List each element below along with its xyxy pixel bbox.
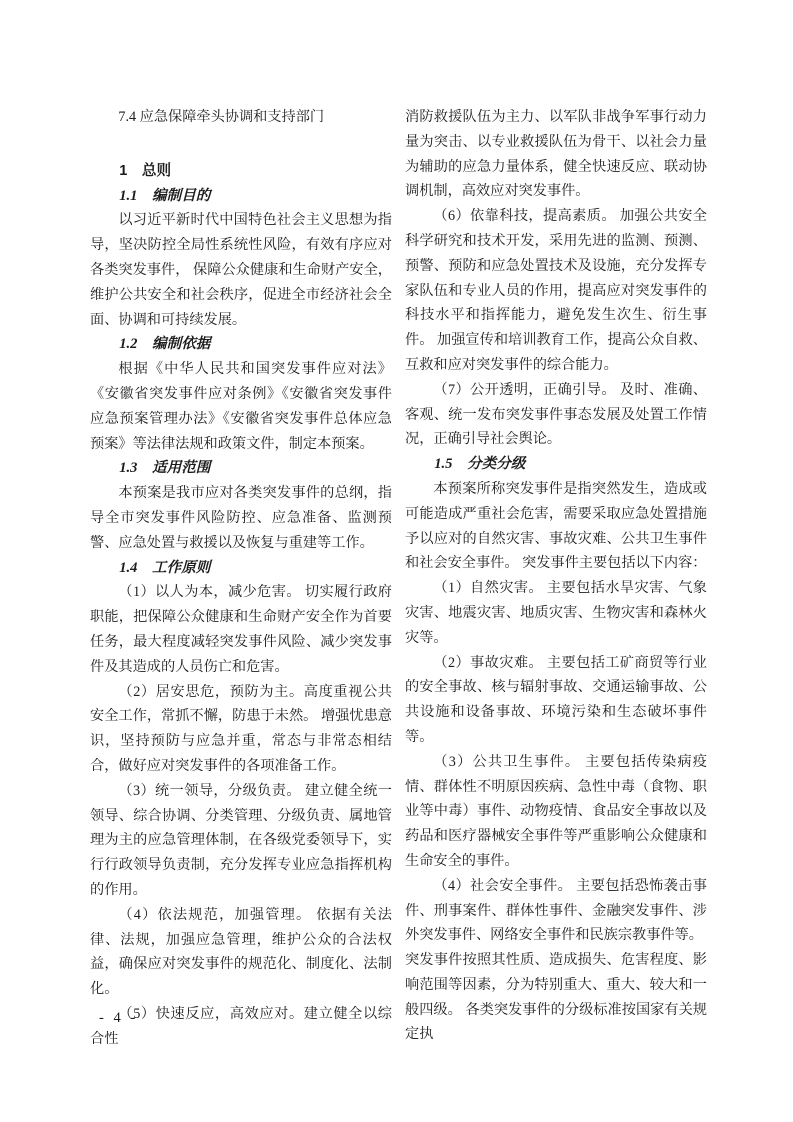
subsection-heading: 1.3 适用范围 bbox=[90, 456, 392, 481]
subsection-heading: 1.4 工作原则 bbox=[90, 556, 392, 581]
paragraph: （4）社会安全事件。 主要包括恐怖袭击事件、刑事案件、群体性事件、金融突发事件、… bbox=[405, 874, 707, 948]
paragraph: 本预案所称突发事件是指突然发生，造成或可能造成严重社会危害，需要采取应急处置措施… bbox=[405, 477, 707, 576]
paragraph: （7）公开透明，正确引导。 及时、准确、客观、统一发布突发事件事态发展及处置工作… bbox=[405, 378, 707, 452]
spacer bbox=[90, 130, 392, 159]
paragraph-continuation: 突发事件按照其性质、造成损失、危害程度、影响范围等因素，分为特别重大、重大、较大… bbox=[405, 948, 707, 1047]
paragraph: （6）依靠科技，提高素质。 加强公共安全科学研究和技术开发，采用先进的监测、预测… bbox=[405, 204, 707, 378]
text-column-right: 消防救援队伍为主力、以军队非战争军事行动力量为突击、以专业救援队伍为骨干、以社会… bbox=[405, 105, 707, 1051]
paragraph: 以习近平新时代中国特色社会主义思想为指导，坚决防控全局性系统性风险，有效有序应对… bbox=[90, 208, 392, 332]
subsection-heading: 1.2 编制依据 bbox=[90, 332, 392, 357]
paragraph: （1）以人为本，减少危害。 切实履行政府职能，把保障公众健康和生命财产安全作为首… bbox=[90, 580, 392, 679]
paragraph: （2）居安思危，预防为主。高度重视公共安全工作，常抓不懈，防患于未然。 增强忧患… bbox=[90, 680, 392, 779]
paragraph: （4）依法规范，加强管理。 依据有关法律、法规，加强应急管理，维护公众的合法权益… bbox=[90, 903, 392, 1002]
paragraph: 本预案是我市应对各类突发事件的总纲，指导全市突发事件风险防控、应急准备、监测预警… bbox=[90, 481, 392, 555]
paragraph: （1）自然灾害。 主要包括水旱灾害、气象灾害、地震灾害、地质灾害、生物灾害和森林… bbox=[405, 576, 707, 650]
subsection-heading: 1.1 编制目的 bbox=[90, 184, 392, 209]
page-body: 7.4 应急保障牵头协调和支持部门1 总则1.1 编制目的以习近平新时代中国特色… bbox=[90, 105, 707, 1051]
page-number: - 4 - bbox=[99, 1010, 138, 1027]
document-page: 7.4 应急保障牵头协调和支持部门1 总则1.1 编制目的以习近平新时代中国特色… bbox=[0, 0, 793, 1122]
paragraph: 根据《中华人民共和国突发事件应对法》《安徽省突发事件应对条例》《安徽省突发事件应… bbox=[90, 357, 392, 456]
section-heading: 1 总则 bbox=[90, 159, 392, 184]
text-column-left: 7.4 应急保障牵头协调和支持部门1 总则1.1 编制目的以习近平新时代中国特色… bbox=[90, 105, 392, 1051]
paragraph: （3）公共卫生事件。 主要包括传染病疫情、群体性不明原因疾病、急性中毒（食物、职… bbox=[405, 750, 707, 874]
paragraph: 7.4 应急保障牵头协调和支持部门 bbox=[90, 105, 392, 130]
subsection-heading: 1.5 分类分级 bbox=[405, 452, 707, 477]
paragraph: （3）统一领导，分级负责。 建立健全统一领导、综合协调、分类管理、分级负责、属地… bbox=[90, 779, 392, 903]
paragraph-continuation: 消防救援队伍为主力、以军队非战争军事行动力量为突击、以专业救援队伍为骨干、以社会… bbox=[405, 105, 707, 204]
paragraph: （2）事故灾难。 主要包括工矿商贸等行业的安全事故、核与辐射事故、交通运输事故、… bbox=[405, 651, 707, 750]
